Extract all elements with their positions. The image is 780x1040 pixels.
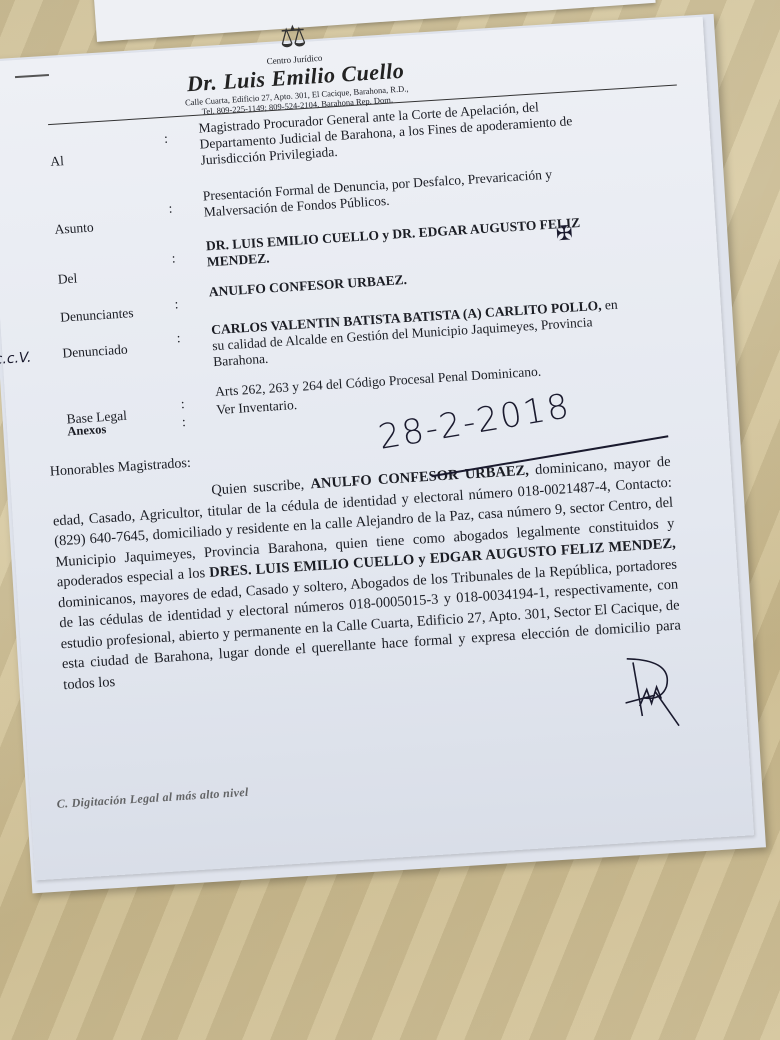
field-colon: : bbox=[168, 200, 173, 216]
field-colon: : bbox=[174, 296, 179, 312]
field-label: Denunciado bbox=[62, 342, 128, 362]
field-label: Del bbox=[57, 271, 77, 288]
field-label: Asunto bbox=[54, 219, 94, 237]
initials-scribble-icon: ✠ bbox=[555, 220, 573, 245]
field-colon: : bbox=[182, 414, 187, 430]
handwritten-margin-note: c.c.V. bbox=[0, 350, 32, 368]
staple bbox=[15, 74, 49, 78]
field-colon: : bbox=[176, 330, 181, 346]
footer-slogan: C. Digitación Legal al más alto nivel bbox=[56, 785, 249, 812]
field-colon: : bbox=[164, 131, 169, 147]
letterhead: ⚖ Centro Jurídico Dr. Luis Emilio Cuello… bbox=[142, 13, 447, 120]
field-label: Anexos bbox=[67, 421, 107, 439]
document-page: ⚖ Centro Jurídico Dr. Luis Emilio Cuello… bbox=[0, 17, 754, 881]
field-label: Al bbox=[50, 153, 64, 170]
salutation: Honorables Magistrados: bbox=[49, 456, 191, 481]
signature-icon bbox=[622, 649, 687, 733]
field-colon: : bbox=[171, 250, 176, 266]
body-paragraph: Quien suscribe, ANULFO CONFESOR URBAEZ, … bbox=[51, 452, 683, 696]
